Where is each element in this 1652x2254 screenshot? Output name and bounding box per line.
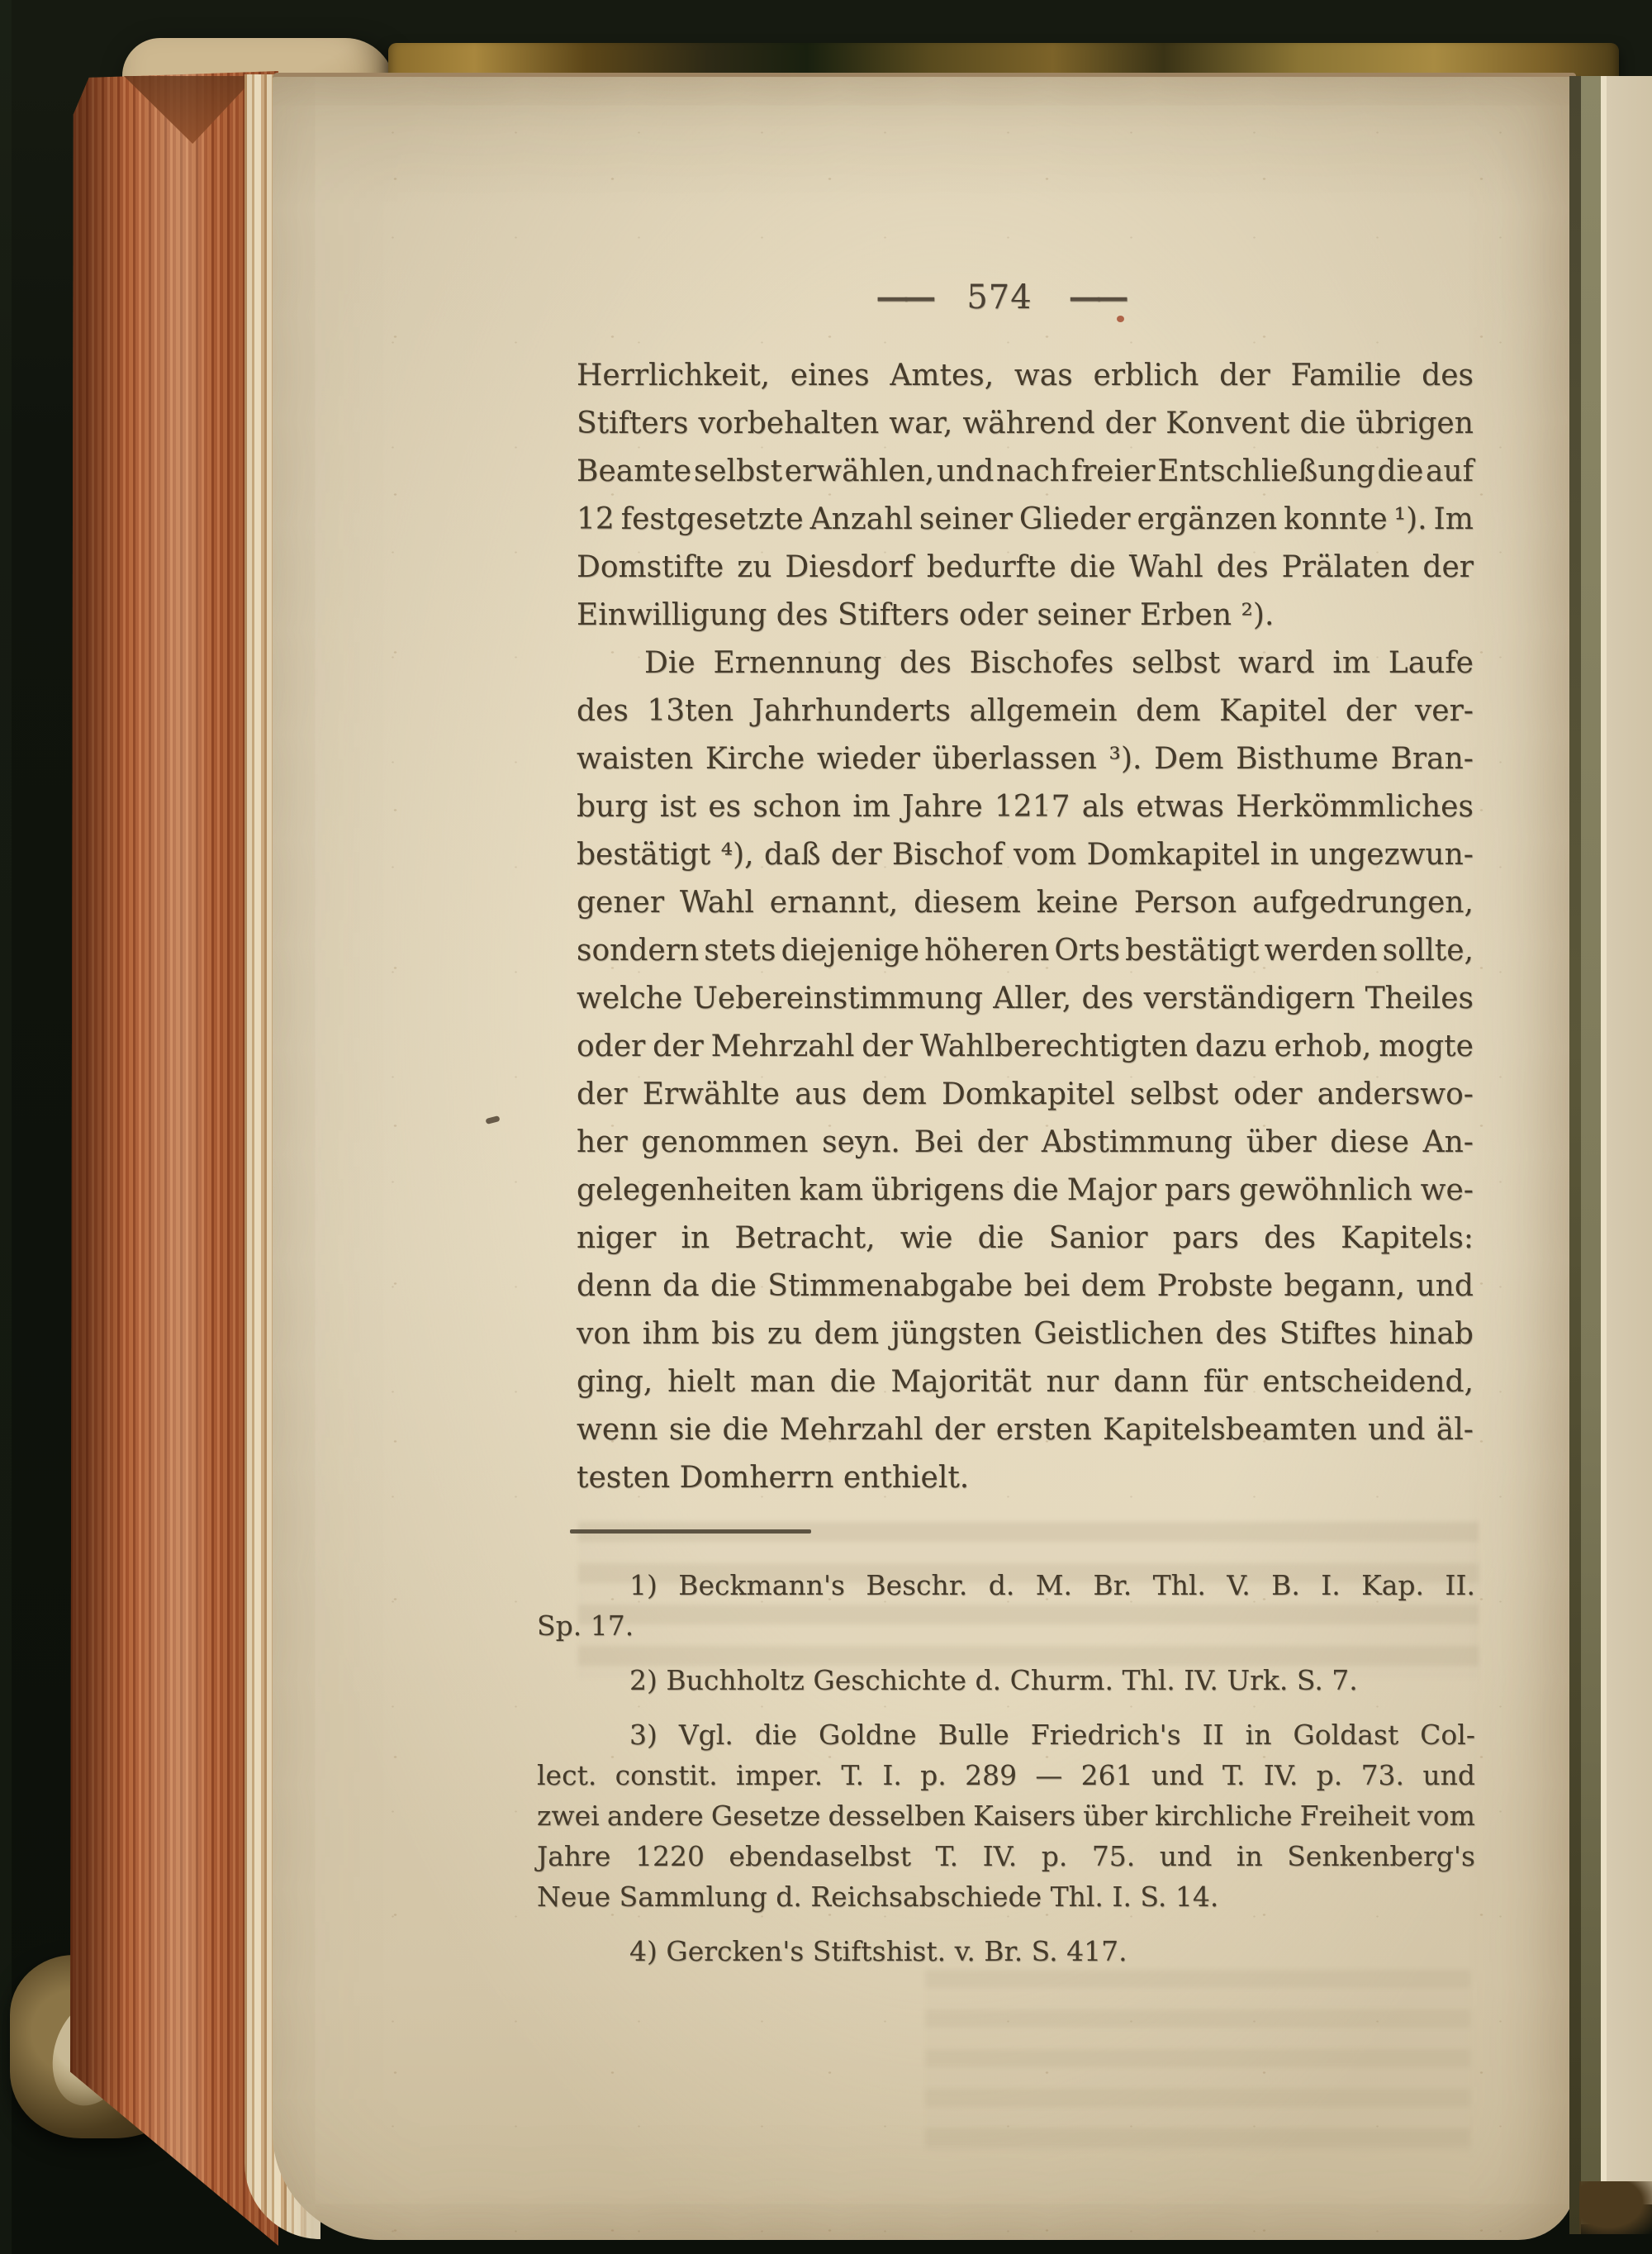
main-text-line: des13tenJahrhundertsallgemeindemKapiteld… — [577, 687, 1474, 735]
main-text-line: oderderMehrzahlderWahlberechtigtendazuer… — [577, 1023, 1474, 1071]
footnote-line: Jahre1220ebendaselbstT.IV.p.75.undinSenk… — [537, 1836, 1475, 1876]
facing-page-edge — [1601, 76, 1652, 2204]
footnote-line: zweiandereGesetzedesselbenKaisersüberkir… — [537, 1795, 1475, 1836]
footnotes-block: 1)Beckmann'sBeschr.d.M.Br.Thl.V.B.I.Kap.… — [537, 1565, 1475, 1971]
main-text-line: waistenKirchewiederüberlassen³).DemBisth… — [577, 735, 1474, 783]
main-text-line: welcheUebereinstimmungAller,desverständi… — [577, 975, 1474, 1023]
page-header: ——574—— — [545, 273, 1454, 322]
gutter-shadow — [1569, 76, 1581, 2234]
book-scan: ——574—— Herrlichkeit,einesAmtes,waserbli… — [0, 0, 1652, 2254]
header-rule-left: —— — [876, 278, 930, 316]
main-text-line: Beamteselbsterwählen,undnachfreierEntsch… — [577, 448, 1474, 496]
footnote-line: 1)Beckmann'sBeschr.d.M.Br.Thl.V.B.I.Kap.… — [537, 1565, 1475, 1605]
page-number: 574 — [966, 278, 1032, 316]
main-text-line: wennsiedieMehrzahldererstenKapitelsbeamt… — [577, 1406, 1474, 1454]
main-text-line: ging,hieltmandieMajoritätnurdannfürentsc… — [577, 1358, 1474, 1406]
main-text-line: derErwählteausdemDomkapitelselbstoderand… — [577, 1071, 1474, 1119]
main-text-line: generWahlernannt,diesemkeinePersonaufged… — [577, 879, 1474, 927]
facing-page-bottom-stain — [1579, 2181, 1652, 2234]
main-text-block: Herrlichkeit,einesAmtes,waserblichderFam… — [577, 352, 1474, 1502]
footnote-line: Sp. 17. — [537, 1605, 1475, 1646]
main-text-line: sondernstetsdiejenigehöherenOrtsbestätig… — [577, 927, 1474, 975]
footnote-line: lect.constit.imper.T.I.p.289—261undT.IV.… — [537, 1755, 1475, 1795]
verso-show-through-lower — [925, 1970, 1470, 2152]
main-text-line: denndadieStimmenabgabebeidemProbstebegan… — [577, 1263, 1474, 1310]
main-text-line: hergenommenseyn.BeiderAbstimmungüberdies… — [577, 1119, 1474, 1167]
main-text-line: vonihmbiszudemjüngstenGeistlichendesStif… — [577, 1310, 1474, 1358]
gutter-light-strip — [1581, 76, 1601, 2224]
main-text-line: gelegenheitenkamübrigensdieMajorparsgewö… — [577, 1167, 1474, 1215]
footnote-line: 3)Vgl.dieGoldneBulleFriedrich'sIIinGolda… — [537, 1714, 1475, 1755]
main-text-line: DieErnennungdesBischofesselbstwardimLauf… — [577, 640, 1474, 687]
main-text-line: nigerinBetracht,wiedieSaniorparsdesKapit… — [577, 1215, 1474, 1263]
main-text-line: Stiftersvorbehaltenwar,währendderKonvent… — [577, 400, 1474, 448]
main-text-line: burgistesschonimJahre1217alsetwasHerkömm… — [577, 783, 1474, 831]
footnote-line: 2) Buchholtz Geschichte d. Churm. Thl. I… — [537, 1660, 1475, 1700]
main-text-line: Einwilligung des Stifters oder seiner Er… — [577, 592, 1474, 640]
footnote-line: Neue Sammlung d. Reichsabschiede Thl. I.… — [537, 1876, 1475, 1917]
main-text-line: bestätigt⁴),daßderBischofvomDomkapitelin… — [577, 831, 1474, 879]
main-text-line: Herrlichkeit,einesAmtes,waserblichderFam… — [577, 352, 1474, 400]
footnote-separator-rule — [570, 1529, 811, 1534]
main-text-line: 12festgesetzteAnzahlseinerGliederergänze… — [577, 496, 1474, 544]
header-rule-right: —— — [1069, 278, 1123, 316]
main-text-line: testen Domherrn enthielt. — [577, 1454, 1474, 1502]
main-text-line: DomstiftezuDiesdorfbedurftedieWahldesPrä… — [577, 544, 1474, 592]
footnote-line: 4) Gercken's Stiftshist. v. Br. S. 417. — [537, 1931, 1475, 1971]
